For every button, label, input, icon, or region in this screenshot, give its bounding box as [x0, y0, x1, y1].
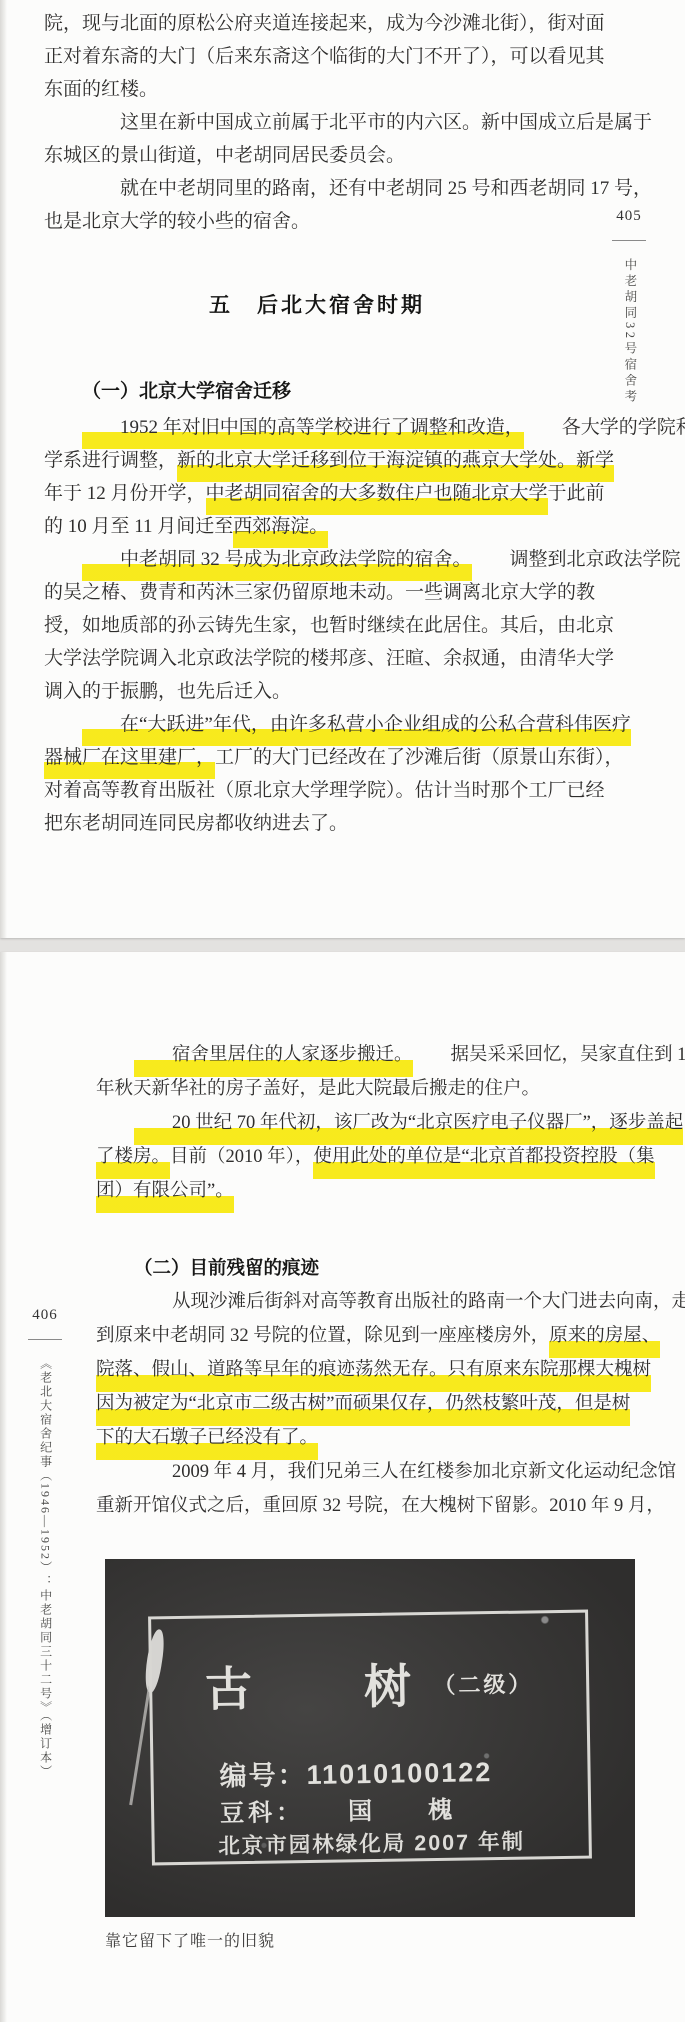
text-line: 也是北京大学的较小些的宿舍。 [44, 205, 590, 238]
margin-divider [28, 1339, 62, 1340]
text-segment: 把东老胡同连同民房都收纳进去了。 [44, 807, 348, 840]
page-405-text-column: 院，现与北面的原松公府夹道连接起来，成为今沙滩北街），街对面正对着东斋的大门（后… [44, 7, 590, 840]
page-number: 406 [23, 1307, 67, 1324]
text-segment: 2009 年 4 月，我们兄弟三人在红楼参加北京新文化运动纪念馆 [134, 1455, 676, 1489]
text-segment: 对着高等教育出版社（原北京大学理学院）。估计当时那个工厂已经 [44, 774, 605, 807]
text-line: 学系进行调整，新的北京大学迁移到位于海淀镇的燕京大学处。新学 [44, 444, 590, 477]
text-line: 1952 年对旧中国的高等学校进行了调整和改造，各大学的学院和 [44, 411, 590, 444]
plaque-grade: （二级） [433, 1671, 533, 1698]
text-segment: 这里在新中国成立前属于北平市的内六区。新中国成立后是属于 [82, 106, 652, 139]
plaque-maker: 北京市园林绿化局 2007 年制 [154, 1824, 588, 1862]
text-line: 大学法学院调入北京政法学院的楼邦彦、汪暄、余叔通，由清华大学 [44, 642, 590, 675]
text-line: 器械厂在这里建厂，工厂的大门已经改在了沙滩后街（原景山东街）， [44, 741, 590, 774]
text-line: 重新开馆仪式之后，重回原 32 号院，在大槐树下留影。2010 年 9 月， [96, 1489, 652, 1523]
text-segment: 从现沙滩后街斜对高等教育出版社的路南一个大门进去向南，走 [134, 1285, 685, 1319]
text-line: 年秋天新华社的房子盖好，是此大院最后搬走的住户。 [96, 1072, 652, 1106]
plaque-number-value: 11010100122 [306, 1757, 492, 1790]
plaque-number-row: 编号：11010100122 [219, 1750, 492, 1793]
text-segment: 也是北京大学的较小些的宿舍。 [44, 205, 310, 238]
text-segment: 于此前 [548, 477, 605, 510]
page-gap [0, 938, 685, 952]
highlighted-text: 团）有限公司”。 [96, 1174, 234, 1217]
plaque-species: 国 槐 [348, 1796, 468, 1825]
plaque-title: 古 树 [205, 1659, 418, 1715]
text-segment: 调入的于振鹏，也先后迁入。 [44, 675, 291, 708]
plaque-photo: 古 树 （二级） 编号：11010100122 豆科：国 槐 北京市园林绿化局 … [105, 1559, 635, 1917]
text-line: 院落、假山、道路等早年的痕迹荡然无存。只有原来东院那棵大槐树 [96, 1353, 652, 1387]
highlighted-text: 使用此处的单位是“北京首都投资控股（集 [313, 1140, 654, 1183]
text-segment: 目前（2010 年）， [170, 1140, 313, 1174]
running-title-vertical: 中老胡同32号宿舍考 [622, 258, 636, 406]
text-line: 从现沙滩后街斜对高等教育出版社的路南一个大门进去向南，走 [96, 1285, 652, 1319]
plaque-number-label: 编号： [219, 1760, 306, 1791]
text-segment: 正对着东斋的大门（后来东斋这个临街的大门不开了），可以看见其 [44, 40, 605, 73]
text-segment: 据吴采采回忆，吴家直住到 1961 [413, 1038, 685, 1072]
text-segment: 重新开馆仪式之后，重回原 32 号院，在大槐树下留影。2010 年 9 月， [96, 1489, 665, 1523]
text-segment: 到原来中老胡同 32 号院的位置，除见到一座座楼房外， [96, 1319, 549, 1353]
subsection-heading: （一）北京大学宿舍迁移 [44, 375, 590, 408]
text-line: 在“大跃进”年代，由许多私营小企业组成的公私合营科伟医疗 [44, 708, 590, 741]
text-line: 的吴之椿、费青和芮沐三家仍留原地未动。一些调离北京大学的教 [44, 576, 590, 609]
text-line: 宿舍里居住的人家逐步搬迁。据吴采采回忆，吴家直住到 1961 [96, 1038, 652, 1072]
text-line: 把东老胡同连同民房都收纳进去了。 [44, 807, 590, 840]
text-segment: 年秋天新华社的房子盖好，是此大院最后搬走的住户。 [96, 1072, 540, 1106]
text-segment: 工厂的大门已经改在了沙滩后街（原景山东街）， [215, 741, 624, 774]
text-segment: 调整到北京政法学院 [472, 543, 681, 576]
text-segment: 年于 12 月份开学， [44, 477, 206, 510]
text-line: 就在中老胡同里的路南，还有中老胡同 25 号和西老胡同 17 号， [44, 172, 590, 205]
page-number: 405 [607, 208, 651, 225]
plaque-family-row: 豆科：国 槐 [220, 1789, 469, 1828]
text-segment: 的吴之椿、费青和芮沐三家仍留原地未动。一些调离北京大学的教 [44, 576, 595, 609]
text-segment: 东城区的景山街道，中老胡同居民委员会。 [44, 139, 405, 172]
text-segment: 就在中老胡同里的路南，还有中老胡同 25 号和西老胡同 17 号， [82, 172, 652, 205]
text-segment: 的 10 月至 11 月间迁至 [44, 510, 233, 543]
text-segment: 学系进行调整， [44, 444, 177, 477]
text-segment: 东面的红楼。 [44, 73, 158, 106]
text-segment: 授，如地质部的孙云铸先生家，也暂时继续在此居住。其后，由北京 [44, 609, 614, 642]
text-line: 2009 年 4 月，我们兄弟三人在红楼参加北京新文化运动纪念馆 [96, 1455, 652, 1489]
text-line: 对着高等教育出版社（原北京大学理学院）。估计当时那个工厂已经 [44, 774, 590, 807]
text-line: 授，如地质部的孙云铸先生家，也暂时继续在此居住。其后，由北京 [44, 609, 590, 642]
book-title-vertical: 《老北大宿舍纪事（1946—1952）：中老胡同三十二号》（增订本） [38, 1357, 51, 1779]
page-405-margin-column: 405 中老胡同32号宿舍考 [607, 208, 651, 406]
margin-divider [612, 240, 646, 241]
text-line: 院，现与北面的原松公府夹道连接起来，成为今沙滩北街），街对面 [44, 7, 590, 40]
page-406-margin-column: 406 《老北大宿舍纪事（1946—1952）：中老胡同三十二号》（增订本） [23, 1307, 67, 1779]
text-line: 东面的红楼。 [44, 73, 590, 106]
chapter-heading: 五 后北大宿舍时期 [44, 289, 590, 322]
plaque-family-label: 豆科： [220, 1799, 304, 1827]
text-line: 20 世纪 70 年代初，该厂改为“北京医疗电子仪器厂”，逐步盖起 [96, 1106, 652, 1140]
text-segment: 院，现与北面的原松公府夹道连接起来，成为今沙滩北街），街对面 [44, 7, 605, 40]
book-page-406: 406 《老北大宿舍纪事（1946—1952）：中老胡同三十二号》（增订本） 宿… [0, 952, 685, 2022]
text-line: 中老胡同 32 号成为北京政法学院的宿舍。调整到北京政法学院 [44, 543, 590, 576]
text-line: 正对着东斋的大门（后来东斋这个临街的大门不开了），可以看见其 [44, 40, 590, 73]
text-line: 调入的于振鹏，也先后迁入。 [44, 675, 590, 708]
text-line: 年于 12 月份开学，中老胡同宿舍的大多数住户也随北京大学于此前 [44, 477, 590, 510]
text-line: 因为被定为“北京市二级古树”而硕果仅存，仍然枝繁叶茂，但是树 [96, 1387, 652, 1421]
photo-caption: 靠它留下了唯一的旧貌 [105, 1931, 652, 1953]
text-line: 这里在新中国成立前属于北平市的内六区。新中国成立后是属于 [44, 106, 590, 139]
text-line: 到原来中老胡同 32 号院的位置，除见到一座座楼房外，原来的房屋、 [96, 1319, 652, 1353]
text-segment: 各大学的学院和 [524, 411, 685, 444]
text-line: 东城区的景山街道，中老胡同居民委员会。 [44, 139, 590, 172]
book-page-405: 院，现与北面的原松公府夹道连接起来，成为今沙滩北街），街对面正对着东斋的大门（后… [0, 0, 685, 938]
page-406-text-column: 宿舍里居住的人家逐步搬迁。据吴采采回忆，吴家直住到 1961年秋天新华社的房子盖… [96, 1038, 652, 1953]
text-line: 了楼房。目前（2010 年），使用此处的单位是“北京首都投资控股（集 [96, 1140, 652, 1174]
plaque-frame: 古 树 （二级） 编号：11010100122 豆科：国 槐 北京市园林绿化局 … [148, 1610, 592, 1866]
plaque-title-row: 古 树 （二级） [152, 1647, 587, 1721]
text-segment: 大学法学院调入北京政法学院的楼邦彦、汪暄、余叔通，由清华大学 [44, 642, 614, 675]
subsection-heading: （二）目前残留的痕迹 [96, 1251, 652, 1285]
